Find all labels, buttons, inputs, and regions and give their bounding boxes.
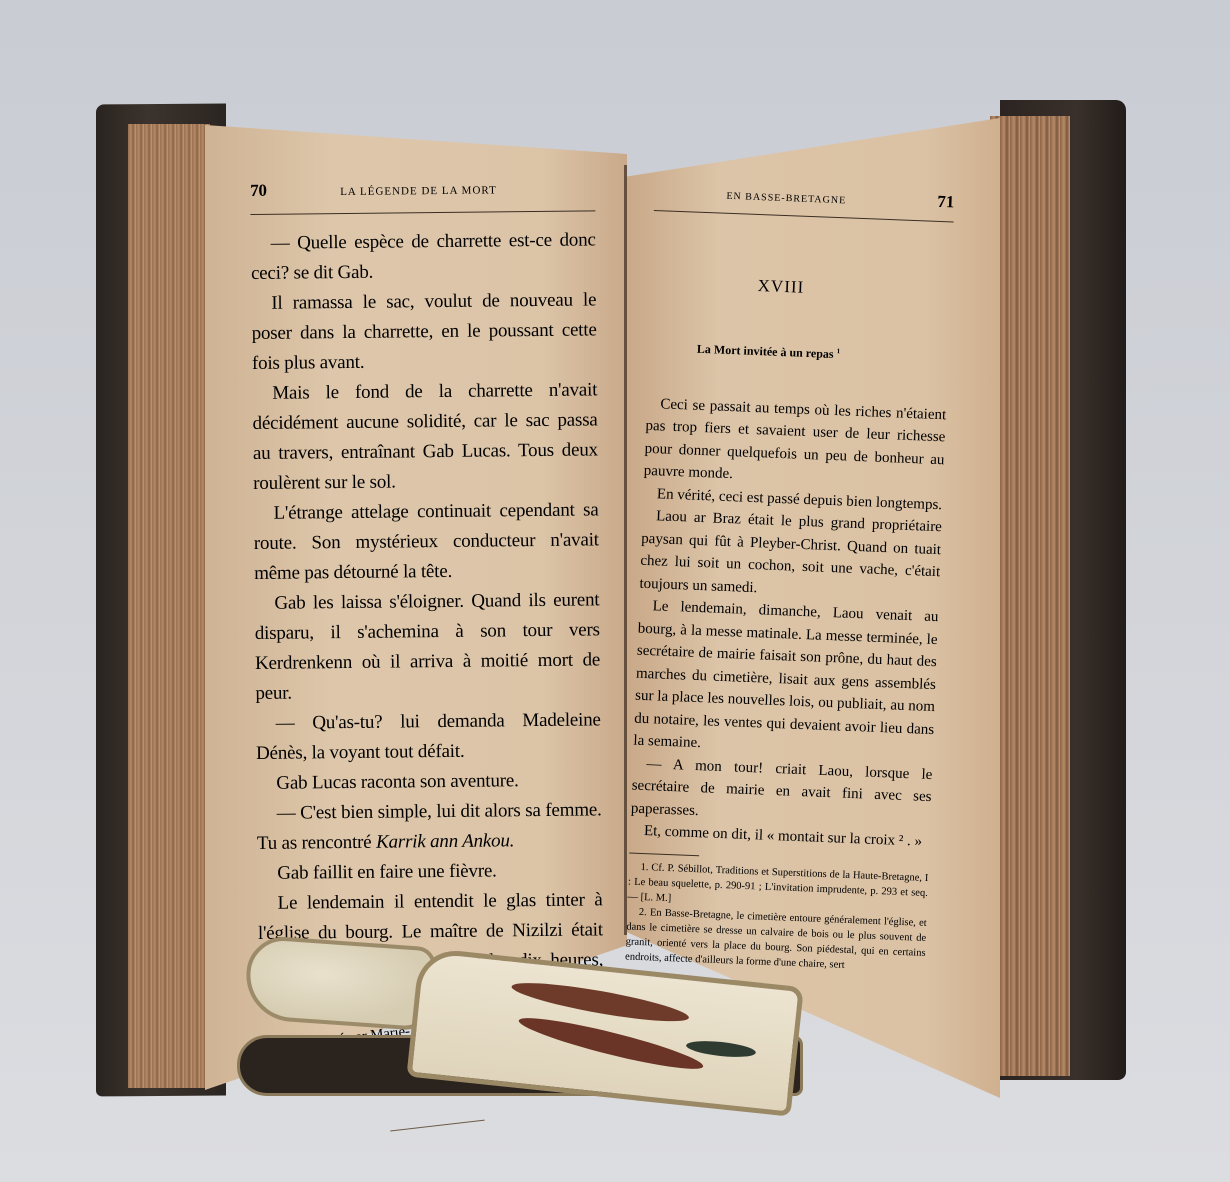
- paragraph: L'étrange attelage continuait cependant …: [253, 495, 599, 589]
- fish-motif-icon: [685, 1038, 756, 1059]
- paragraph: Il ramassa le sac, voulut de nouveau le …: [251, 285, 597, 379]
- page-edges-right: [990, 116, 1070, 1076]
- paragraph: Mais le fond de la charrette n'avait déc…: [252, 375, 598, 499]
- page-edges-left: [128, 124, 210, 1088]
- header-rule-left: [250, 210, 595, 215]
- paragraph: — A mon tour! criait Laou, lorsque le se…: [630, 752, 932, 831]
- running-head-title-left: LA LÉGENDE DE LA MORT: [340, 175, 497, 207]
- end-rule: [390, 1120, 484, 1132]
- paragraph: Gab les laissa s'éloigner. Quand ils eur…: [254, 585, 600, 709]
- footnote-rule: [629, 852, 699, 856]
- photo-scene: 70 LA LÉGENDE DE LA MORT — Quelle espèce…: [0, 0, 1230, 1182]
- italic-phrase: Karrik ann Ankou.: [376, 830, 514, 852]
- footnote-marker: 1: [837, 347, 841, 355]
- left-running-head: 70 LA LÉGENDE DE LA MORT: [250, 172, 595, 208]
- paragraph: Laou ar Braz était le plus grand proprié…: [639, 505, 942, 606]
- page-number-right: 71: [937, 191, 955, 214]
- running-head-title-right: EN BASSE-BRETAGNE: [726, 186, 847, 213]
- page-number-left: 70: [250, 175, 340, 206]
- butterfly-ornament-icon: [243, 935, 436, 1032]
- paragraph: Gab Lucas raconta son aventure.: [256, 765, 601, 799]
- paragraph: Gab faillit en faire une fièvre.: [257, 855, 602, 889]
- paragraph: Le lendemain, dimanche, Laou venait au b…: [633, 595, 939, 764]
- paragraph-with-italic: — C'est bien simple, lui dit alors sa fe…: [257, 795, 603, 859]
- paragraph: — Qu'as-tu? lui demanda Madeleine Dénès,…: [256, 705, 602, 769]
- paragraph: Ceci se passait au temps où les riches n…: [643, 392, 946, 493]
- chapter-number: XVIII: [611, 269, 952, 305]
- right-page-text: EN BASSE-BRETAGNE 71 XVIII La Mort invit…: [625, 180, 955, 975]
- bookmark-clip: [232, 935, 822, 1095]
- paragraph: — Quelle espèce de charrette est-ce donc…: [251, 225, 597, 289]
- chapter-title-text: La Mort invitée à un repas: [697, 342, 834, 361]
